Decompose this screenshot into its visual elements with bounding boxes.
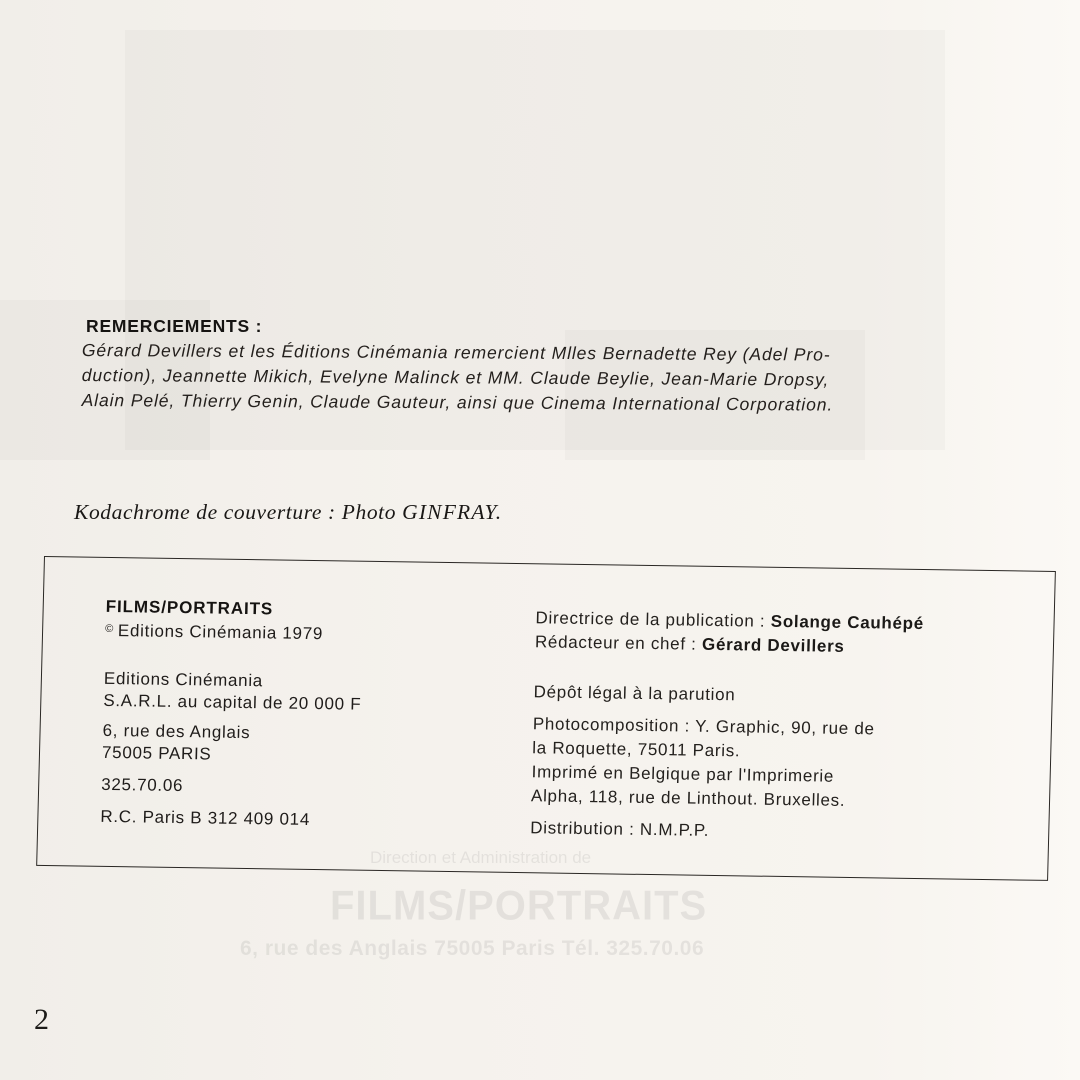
director-name: Solange Cauhépé xyxy=(771,612,925,633)
publisher-city: 75005 PARIS xyxy=(102,742,360,768)
show-through-title: FILMS/PORTRAITS xyxy=(330,883,707,930)
company-registration: R.C. Paris B 312 409 014 xyxy=(100,806,358,832)
company-capital: S.A.R.L. au capital de 20 000 F xyxy=(103,690,361,716)
copyright-icon: © xyxy=(105,623,114,635)
cover-credit-label: Kodachrome de couverture : Photo xyxy=(74,500,402,524)
copyright-line: ©Editions Cinémania 1979 xyxy=(105,618,364,646)
acknowledgements-body: Gérard Devillers et les Éditions Cinéman… xyxy=(82,338,1072,419)
publisher-phone: 325.70.06 xyxy=(101,774,359,800)
show-through-address: 6, rue des Anglais 75005 Paris Tél. 325.… xyxy=(240,937,704,961)
acknowledgements-heading: REMERCIEMENTS : xyxy=(86,316,1072,337)
acknowledgements-section: REMERCIEMENTS : Gérard Devillers et les … xyxy=(82,316,1072,413)
cover-photo-credit: Kodachrome de couverture : Photo GINFRAY… xyxy=(74,500,502,525)
editor-name: Gérard Devillers xyxy=(702,635,845,656)
publisher-info: FILMS/PORTRAITS ©Editions Cinémania 1979… xyxy=(100,596,364,832)
colophon-box: FILMS/PORTRAITS ©Editions Cinémania 1979… xyxy=(36,556,1056,881)
director-label: Directrice de la publication : xyxy=(535,608,771,630)
editor-label: Rédacteur en chef : xyxy=(535,632,703,653)
page-number: 2 xyxy=(34,1003,49,1037)
cover-credit-photographer: GINFRAY. xyxy=(402,500,502,524)
acknowledgements-line: Alain Pelé, Thierry Genin, Claude Gauteu… xyxy=(82,388,1072,419)
copyright-text: Editions Cinémania 1979 xyxy=(118,621,324,643)
distribution: Distribution : N.M.P.P. xyxy=(530,816,919,846)
publication-credits: Directrice de la publication : Solange C… xyxy=(530,606,924,846)
